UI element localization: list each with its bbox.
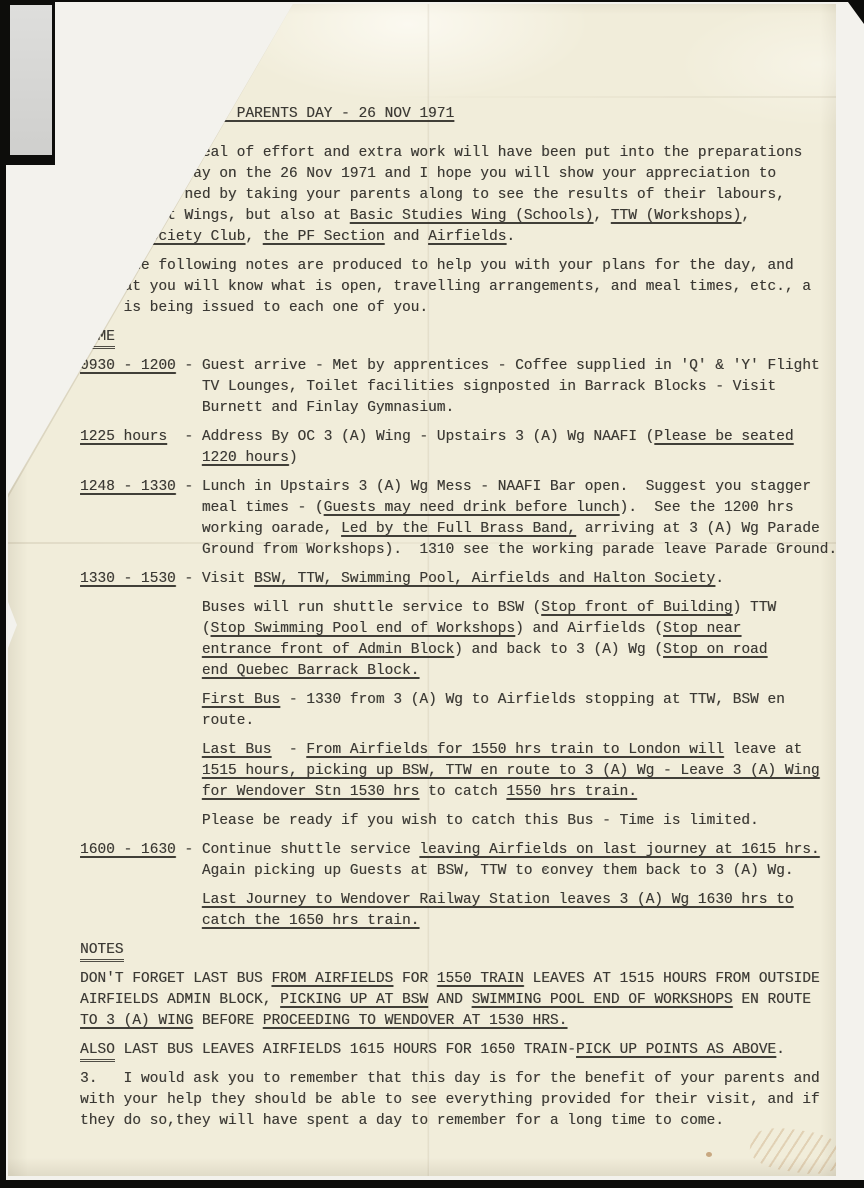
typewritten-line: 1225 hours - Address By OC 3 (A) Wing - … [80,427,836,448]
typewritten-line: First Bus - 1330 from 3 (A) Wg to Airfie… [80,690,836,711]
para-notes-produced: 2. The following notes are produced to h… [80,256,836,319]
typewritten-line: 1248 - 1330 - Lunch in Upstairs 3 (A) Wg… [80,477,836,498]
left-edge-tear [8,602,17,648]
typewritten-line: 0930 - 1200 - Guest arrive - Met by appr… [80,356,836,377]
document-content: 223/408 ENTRIES - PARENTS DAY - 26 NOV 1… [80,104,836,1132]
typewritten-line: route. [80,711,836,732]
typewritten-line: Last Journey to Wendover Railway Station… [80,890,836,911]
typewritten-line: they do so,they will have spent a day to… [80,1111,836,1132]
typewritten-line: Please be ready if you wish to catch thi… [80,811,836,832]
typewritten-line: catch the 1650 hrs train. [80,911,836,932]
typewritten-line: not only at Wings, but also at Basic Stu… [80,206,836,227]
notes-also-last-bus: ALSO LAST BUS LEAVES AIRFIELDS 1615 HOUR… [80,1040,836,1061]
typewritten-line: DON'T FORGET LAST BUS FROM AIRFIELDS FOR… [80,969,836,990]
typewritten-line: Buses will run shuttle service to BSW (S… [80,598,836,619]
typewritten-line: so that you will know what is open, trav… [80,277,836,298]
scanner-corner-inset [10,5,52,155]
para-last-bus: Last Bus - From Airfields for 1550 hrs t… [80,740,836,803]
typewritten-line: (Stop Swimming Pool end of Workshops) an… [80,619,836,640]
typewritten-line: 2. The following notes are produced to h… [80,256,836,277]
typewritten-line: with your help they should be able to se… [80,1090,836,1111]
typewritten-line: TO 3 (A) WING BEFORE PROCEEDING TO WENDO… [80,1011,836,1032]
typewritten-line: 1220 hours) [80,448,836,469]
scanned-document: 223/408 ENTRIES - PARENTS DAY - 26 NOV 1… [0,0,864,1188]
typewritten-line: Halton Society Club, the PF Section and … [80,227,836,248]
typewritten-line: meal times - (Guests may need drink befo… [80,498,836,519]
typewritten-line: AIRFIELDS ADMIN BLOCK, PICKING UP AT BSW… [80,990,836,1011]
para-please-be-ready: Please be ready if you wish to catch thi… [80,811,836,832]
typewritten-line: working oarade, Led by the Full Brass Ba… [80,519,836,540]
typewritten-line: entrance front of Admin Block) and back … [80,640,836,661]
typewritten-line: copy is being issued to each one of you. [80,298,836,319]
typewritten-line: for Wendover Stn 1530 hrs to catch 1550 … [80,782,836,803]
para-buses-shuttle: Buses will run shuttle service to BSW (S… [80,598,836,682]
schedule-1248-1330: 1248 - 1330 - Lunch in Upstairs 3 (A) Wg… [80,477,836,561]
typewritten-line: 1600 - 1630 - Continue shuttle service l… [80,840,836,861]
schedule-1600-1630: 1600 - 1630 - Continue shuttle service l… [80,840,836,882]
schedule-1330-1530: 1330 - 1530 - Visit BSW, TTW, Swimming P… [80,569,836,590]
typewritten-line: 1330 - 1530 - Visit BSW, TTW, Swimming P… [80,569,836,590]
typewritten-line: TIME [80,327,836,348]
notes-heading: NOTES [80,940,836,961]
schedule-0930-1200: 0930 - 1200 - Guest arrive - Met by appr… [80,356,836,419]
typewritten-line: ALSO LAST BUS LEAVES AIRFIELDS 1615 HOUR… [80,1040,836,1061]
schedule-1225-hours: 1225 hours - Address By OC 3 (A) Wing - … [80,427,836,469]
typewritten-line: NOTES [80,940,836,961]
typewritten-line: Burnett and Finlay Gymnasium. [80,398,836,419]
rust-dot [706,1152,712,1157]
para-first-bus: First Bus - 1330 from 3 (A) Wg to Airfie… [80,690,836,732]
scanner-corner-mark [0,0,56,166]
typewritten-line: end Quebec Barrack Block. [80,661,836,682]
typewritten-line: 3. I would ask you to remember that this… [80,1069,836,1090]
typewritten-line: Last Bus - From Airfields for 1550 hrs t… [80,740,836,761]
typewritten-line: 1515 hours, picking up BSW, TTW en route… [80,761,836,782]
typewritten-line: Again picking up Guests at BSW, TTW to c… [80,861,836,882]
para-closing: 3. I would ask you to remember that this… [80,1069,836,1132]
typewritten-line: Ground from Workshops). 1310 see the wor… [80,540,836,561]
scan-background: { "scan": { "background_color": "#0c0c0a… [0,0,864,1188]
top-wrinkle-crease [388,96,836,98]
para-last-journey: Last Journey to Wendover Railway Station… [80,890,836,932]
typewritten-line: those concerned by taking your parents a… [80,185,836,206]
typewritten-line: TV Lounges, Toilet facilities signposted… [80,377,836,398]
time-heading: TIME [80,327,836,348]
notes-dont-forget: DON'T FORGET LAST BUS FROM AIRFIELDS FOR… [80,969,836,1032]
